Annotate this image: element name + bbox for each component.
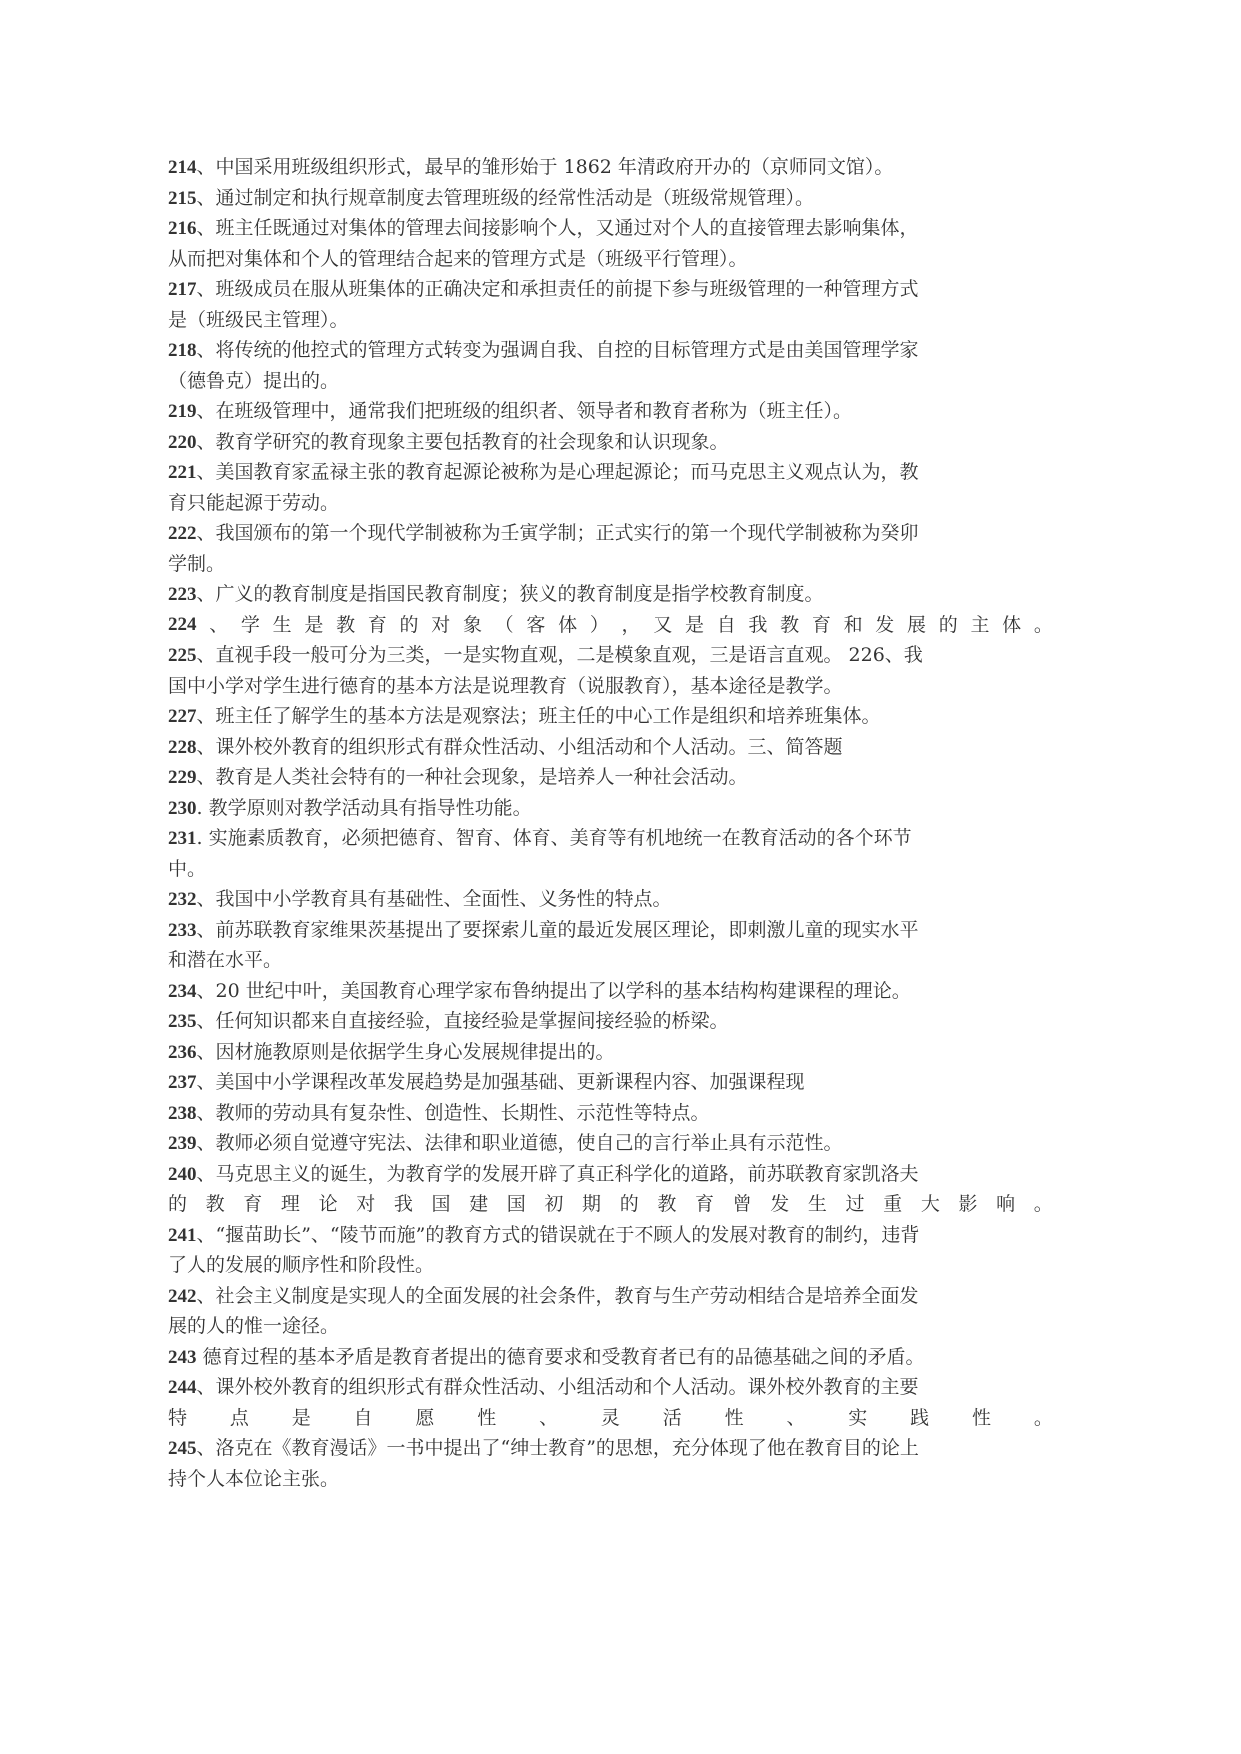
item-number: 234 (168, 981, 197, 1002)
continuation-line: 了人的发展的顺序性和阶段性。 (168, 1250, 1053, 1281)
spaced-char: 生 (808, 1189, 827, 1220)
spaced-char: 过 (846, 1189, 865, 1220)
spaced-char: 践 (910, 1403, 929, 1434)
spaced-char: 发 (770, 1189, 789, 1220)
numbered-item-line: 214、中国采用班级组织形式，最早的雏形始于 1862 年清政府开办的（京师同文… (168, 152, 1053, 183)
continuation-line: 中。 (168, 854, 1053, 885)
spaced-char: 的 (939, 610, 958, 641)
numbered-item-line: 245、洛克在《教育漫话》一书中提出了“绅士教育”的思想，充分体现了他在教育目的… (168, 1433, 1053, 1464)
spaced-char: 。 (1034, 1189, 1053, 1220)
item-text: 、通过制定和执行规章制度去管理班级的经常性活动是（班级常规管理）。 (197, 187, 815, 209)
item-text: 了人的发展的顺序性和阶段性。 (168, 1254, 434, 1276)
item-number: 231 (168, 828, 197, 849)
item-number: 243 (168, 1347, 197, 1368)
numbered-item-line: 232、我国中小学教育具有基础性、全面性、义务性的特点。 (168, 884, 1053, 915)
numbered-item-line: 216、班主任既通过对集体的管理去间接影响个人，又通过对个人的直接管理去影响集体… (168, 213, 1053, 244)
spaced-char: 生 (273, 610, 292, 641)
item-text: 、将传统的他控式的管理方式转变为强调自我、自控的目标管理方式是由美国管理学家 (197, 339, 919, 361)
spaced-char: 活 (663, 1403, 682, 1434)
spaced-char: 、 (209, 610, 228, 641)
numbered-item-line: 233、前苏联教育家维果茨基提出了要探索儿童的最近发展区理论，即刺激儿童的现实水… (168, 915, 1053, 946)
spaced-char: 我 (748, 610, 767, 641)
item-text: 、我国中小学教育具有基础性、全面性、义务性的特点。 (197, 888, 672, 910)
spaced-char: 初 (544, 1189, 563, 1220)
spaced-char: 期 (582, 1189, 601, 1220)
item-number: 215 (168, 188, 197, 209)
item-text: 、马克思主义的诞生，为教育学的发展开辟了真正科学化的道路，前苏联教育家凯洛夫 (197, 1163, 919, 1185)
item-text: 、教育是人类社会特有的一种社会现象，是培养人一种社会活动。 (197, 766, 748, 788)
numbered-item-line: 235、任何知识都来自直接经验，直接经验是掌握间接经验的桥梁。 (168, 1006, 1053, 1037)
item-text: 、教师必须自觉遵守宪法、法律和职业道德，使自己的言行举止具有示范性。 (197, 1132, 843, 1154)
continuation-line: 展的人的惟一途径。 (168, 1311, 1053, 1342)
numbered-item-line: 225、直视手段一般可分为三类，一是实物直观，二是模象直观，三是语言直观。 22… (168, 640, 1053, 671)
item-text: 、广义的教育制度是指国民教育制度；狭义的教育制度是指学校教育制度。 (197, 583, 824, 605)
item-number: 238 (168, 1103, 197, 1124)
document-body: 214、中国采用班级组织形式，最早的雏形始于 1862 年清政府开办的（京师同文… (168, 152, 1053, 1494)
item-number: 220 (168, 432, 197, 453)
continuation-line: 国中小学对学生进行德育的基本方法是说理教育（说服教育），基本途径是教学。 (168, 671, 1053, 702)
item-number: 229 (168, 767, 197, 788)
spaced-char: 育 (812, 610, 831, 641)
item-text: （德鲁克）提出的。 (168, 370, 339, 392)
numbered-item-line: 215、通过制定和执行规章制度去管理班级的经常性活动是（班级常规管理）。 (168, 183, 1053, 214)
spaced-char: 对 (431, 610, 450, 641)
item-number: 217 (168, 279, 197, 300)
spaced-char: 客 (526, 610, 545, 641)
continuation-line: 的教育理论对我国建国初期的教育曾发生过重大影响。 (168, 1189, 1053, 1220)
item-number: 223 (168, 584, 197, 605)
spaced-char: 理 (281, 1189, 300, 1220)
spaced-char: 点 (230, 1403, 249, 1434)
item-number: 242 (168, 1286, 197, 1307)
item-text: 、前苏联教育家维果茨基提出了要探索儿童的最近发展区理论，即刺激儿童的现实水平 (197, 919, 919, 941)
item-text: 、中国采用班级组织形式，最早的雏形始于 1862 年清政府开办的（京师同文馆）。 (197, 156, 894, 178)
spaced-char: 的 (168, 1189, 187, 1220)
spaced-char: 国 (431, 1189, 450, 1220)
spaced-char: 教 (336, 610, 355, 641)
item-text: 、直视手段一般可分为三类，一是实物直观，二是模象直观，三是语言直观。 226、我 (197, 644, 923, 666)
item-text: . 教学原则对教学活动具有指导性功能。 (197, 797, 532, 819)
item-number: 245 (168, 1438, 197, 1459)
spaced-char: 是 (685, 610, 704, 641)
item-text: 、“揠苗助长”、“陵节而施”的教育方式的错误就在于不顾人的发展对教育的制约，违背 (197, 1224, 920, 1246)
spaced-char: 教 (206, 1189, 225, 1220)
spaced-char: 。 (1034, 610, 1053, 641)
continuation-line: 特点是自愿性、灵活性、实践性。 (168, 1403, 1053, 1434)
continuation-line: （德鲁克）提出的。 (168, 366, 1053, 397)
spaced-char: ， (622, 610, 641, 641)
item-text: 、20 世纪中叶，美国教育心理学家布鲁纳提出了以学科的基本结构构建课程的理论。 (197, 980, 911, 1002)
numbered-item-line: 242、社会主义制度是实现人的全面发展的社会条件，教育与生产劳动相结合是培养全面… (168, 1281, 1053, 1312)
spaced-char: 教 (780, 610, 799, 641)
spaced-char: 体 (1002, 610, 1021, 641)
item-text: 、因材施教原则是依据学生身心发展规律提出的。 (197, 1041, 615, 1063)
spaced-char: 的 (620, 1189, 639, 1220)
spaced-char: 学 (241, 610, 260, 641)
numbered-item-line: 222、我国颁布的第一个现代学制被称为壬寅学制；正式实行的第一个现代学制被称为癸… (168, 518, 1053, 549)
spaced-char: 教 (657, 1189, 676, 1220)
spaced-char: ） (590, 610, 609, 641)
spaced-char: 国 (507, 1189, 526, 1220)
item-text: 、我国颁布的第一个现代学制被称为壬寅学制；正式实行的第一个现代学制被称为癸卯 (197, 522, 919, 544)
spaced-char: 是 (304, 610, 323, 641)
item-text: 从而把对集体和个人的管理结合起来的管理方式是（班级平行管理）。 (168, 248, 748, 270)
item-number: 227 (168, 706, 197, 727)
spaced-char: 和 (844, 610, 863, 641)
numbered-item-line: 228、课外校外教育的组织形式有群众性活动、小组活动和个人活动。三、简答题 (168, 732, 1053, 763)
item-text: 中。 (168, 858, 206, 880)
spaced-char: 响 (996, 1189, 1015, 1220)
numbered-item-line: 230. 教学原则对教学活动具有指导性功能。 (168, 793, 1053, 824)
item-text: . 实施素质教育，必须把德育、智育、体育、美育等有机地统一在教育活动的各个环节 (197, 827, 912, 849)
numbered-item-line: 234、20 世纪中叶，美国教育心理学家布鲁纳提出了以学科的基本结构构建课程的理… (168, 976, 1053, 1007)
spaced-char: 大 (921, 1189, 940, 1220)
item-number: 244 (168, 1377, 197, 1398)
item-number: 233 (168, 920, 197, 941)
item-number: 235 (168, 1011, 197, 1032)
numbered-item-line: 236、因材施教原则是依据学生身心发展规律提出的。 (168, 1037, 1053, 1068)
spaced-char: 灵 (601, 1403, 620, 1434)
numbered-item-line: 223、广义的教育制度是指国民教育制度；狭义的教育制度是指学校教育制度。 (168, 579, 1053, 610)
item-text: 、任何知识都来自直接经验，直接经验是掌握间接经验的桥梁。 (197, 1010, 729, 1032)
item-text: 、班级成员在服从班集体的正确决定和承担责任的前提下参与班级管理的一种管理方式 (197, 278, 919, 300)
item-number: 225 (168, 645, 197, 666)
numbered-item-line: 239、教师必须自觉遵守宪法、法律和职业道德，使自己的言行举止具有示范性。 (168, 1128, 1053, 1159)
item-text: 育只能起源于劳动。 (168, 492, 339, 514)
spaced-char: 育 (368, 610, 387, 641)
spaced-char: 。 (1034, 1403, 1053, 1434)
spaced-char: 性 (972, 1403, 991, 1434)
item-number: 232 (168, 889, 197, 910)
numbered-item-line: 221、美国教育家孟禄主张的教育起源论被称为是心理起源论；而马克思主义观点认为，… (168, 457, 1053, 488)
spaced-char: 又 (653, 610, 672, 641)
item-text: 持个人本位论主张。 (168, 1468, 339, 1490)
item-text: 、社会主义制度是实现人的全面发展的社会条件，教育与生产劳动相结合是培养全面发 (197, 1285, 919, 1307)
spaced-char: 展 (907, 610, 926, 641)
spaced-char: 重 (883, 1189, 902, 1220)
spaced-char: 自 (354, 1403, 373, 1434)
spaced-char: 性 (477, 1403, 496, 1434)
numbered-item-line: 220、教育学研究的教育现象主要包括教育的社会现象和认识现象。 (168, 427, 1053, 458)
continuation-line: 学制。 (168, 549, 1053, 580)
spaced-char: 育 (243, 1189, 262, 1220)
item-text: 、班主任了解学生的基本方法是观察法；班主任的中心工作是组织和培养班集体。 (197, 705, 881, 727)
item-text: 、洛克在《教育漫话》一书中提出了“绅士教育”的思想，充分体现了他在教育目的论上 (197, 1437, 919, 1459)
spaced-char: 特 (168, 1403, 187, 1434)
item-text: 、班主任既通过对集体的管理去间接影响个人，又通过对个人的直接管理去影响集体， (197, 217, 919, 239)
spaced-char: 发 (875, 610, 894, 641)
item-text: 和潜在水平。 (168, 949, 282, 971)
item-text: 、教师的劳动具有复杂性、创造性、长期性、示范性等特点。 (197, 1102, 710, 1124)
spaced-char: 主 (970, 610, 989, 641)
item-text: 、课外校外教育的组织形式有群众性活动、小组活动和个人活动。课外校外教育的主要 (197, 1376, 919, 1398)
item-number: 224 (168, 610, 197, 641)
continuation-line: 从而把对集体和个人的管理结合起来的管理方式是（班级平行管理）。 (168, 244, 1053, 275)
spaced-char: 建 (469, 1189, 488, 1220)
item-number: 239 (168, 1133, 197, 1154)
item-number: 230 (168, 798, 197, 819)
item-number: 228 (168, 737, 197, 758)
item-text: 、美国教育家孟禄主张的教育起源论被称为是心理起源论；而马克思主义观点认为，教 (197, 461, 919, 483)
continuation-line: 育只能起源于劳动。 (168, 488, 1053, 519)
spaced-char: 是 (292, 1403, 311, 1434)
item-number: 241 (168, 1225, 197, 1246)
numbered-item-line: 219、在班级管理中，通常我们把班级的组织者、领导者和教育者称为（班主任）。 (168, 396, 1053, 427)
continuation-line: 是（班级民主管理）。 (168, 305, 1053, 336)
numbered-item-line: 237、美国中小学课程改革发展趋势是加强基础、更新课程内容、加强课程现 (168, 1067, 1053, 1098)
spaced-char: 、 (539, 1403, 558, 1434)
numbered-item-line: 231. 实施素质教育，必须把德育、智育、体育、美育等有机地统一在教育活动的各个… (168, 823, 1053, 854)
item-text: 、教育学研究的教育现象主要包括教育的社会现象和认识现象。 (197, 431, 729, 453)
item-text: 是（班级民主管理）。 (168, 309, 349, 331)
item-number: 216 (168, 218, 197, 239)
item-number: 236 (168, 1042, 197, 1063)
spaced-char: 我 (394, 1189, 413, 1220)
document-page: 214、中国采用班级组织形式，最早的雏形始于 1862 年清政府开办的（京师同文… (0, 0, 1241, 1754)
item-number: 237 (168, 1072, 197, 1093)
spaced-char: （ (495, 610, 514, 641)
item-text: 、课外校外教育的组织形式有群众性活动、小组活动和个人活动。三、简答题 (197, 736, 843, 758)
continuation-line: 和潜在水平。 (168, 945, 1053, 976)
item-number: 221 (168, 462, 197, 483)
item-number: 219 (168, 401, 197, 422)
numbered-item-line: 229、教育是人类社会特有的一种社会现象，是培养人一种社会活动。 (168, 762, 1053, 793)
spaced-char: 性 (725, 1403, 744, 1434)
spaced-char: 、 (786, 1403, 805, 1434)
spaced-char: 愿 (415, 1403, 434, 1434)
numbered-item-line: 217、班级成员在服从班集体的正确决定和承担责任的前提下参与班级管理的一种管理方… (168, 274, 1053, 305)
spaced-char: 论 (319, 1189, 338, 1220)
item-text: 德育过程的基本矛盾是教育者提出的德育要求和受教育者已有的品德基础之间的矛盾。 (197, 1346, 925, 1368)
numbered-item-line: 243 德育过程的基本矛盾是教育者提出的德育要求和受教育者已有的品德基础之间的矛… (168, 1342, 1053, 1373)
numbered-item-line: 218、将传统的他控式的管理方式转变为强调自我、自控的目标管理方式是由美国管理学… (168, 335, 1053, 366)
spaced-char: 自 (717, 610, 736, 641)
spaced-char: 的 (400, 610, 419, 641)
spaced-char: 对 (356, 1189, 375, 1220)
item-text: 国中小学对学生进行德育的基本方法是说理教育（说服教育），基本途径是教学。 (168, 675, 843, 697)
spaced-char: 象 (463, 610, 482, 641)
item-text: 展的人的惟一途径。 (168, 1315, 339, 1337)
item-text: 、美国中小学课程改革发展趋势是加强基础、更新课程内容、加强课程现 (197, 1071, 805, 1093)
numbered-item-line: 240、马克思主义的诞生，为教育学的发展开辟了真正科学化的道路，前苏联教育家凯洛… (168, 1159, 1053, 1190)
numbered-item-line: 244、课外校外教育的组织形式有群众性活动、小组活动和个人活动。课外校外教育的主… (168, 1372, 1053, 1403)
numbered-item-line: 238、教师的劳动具有复杂性、创造性、长期性、示范性等特点。 (168, 1098, 1053, 1129)
spaced-char: 体 (558, 610, 577, 641)
spaced-char: 育 (695, 1189, 714, 1220)
spaced-char: 实 (848, 1403, 867, 1434)
item-number: 222 (168, 523, 197, 544)
item-number: 214 (168, 157, 197, 178)
spaced-char: 曾 (733, 1189, 752, 1220)
numbered-item-line: 227、班主任了解学生的基本方法是观察法；班主任的中心工作是组织和培养班集体。 (168, 701, 1053, 732)
item-number: 218 (168, 340, 197, 361)
numbered-item-line: 224、学生是教育的对象（客体），又是自我教育和发展的主体。 (168, 610, 1053, 641)
item-text: 学制。 (168, 553, 225, 575)
numbered-item-line: 241、“揠苗助长”、“陵节而施”的教育方式的错误就在于不顾人的发展对教育的制约… (168, 1220, 1053, 1251)
item-number: 240 (168, 1164, 197, 1185)
continuation-line: 持个人本位论主张。 (168, 1464, 1053, 1495)
spaced-char: 影 (958, 1189, 977, 1220)
item-text: 、在班级管理中，通常我们把班级的组织者、领导者和教育者称为（班主任）。 (197, 400, 853, 422)
